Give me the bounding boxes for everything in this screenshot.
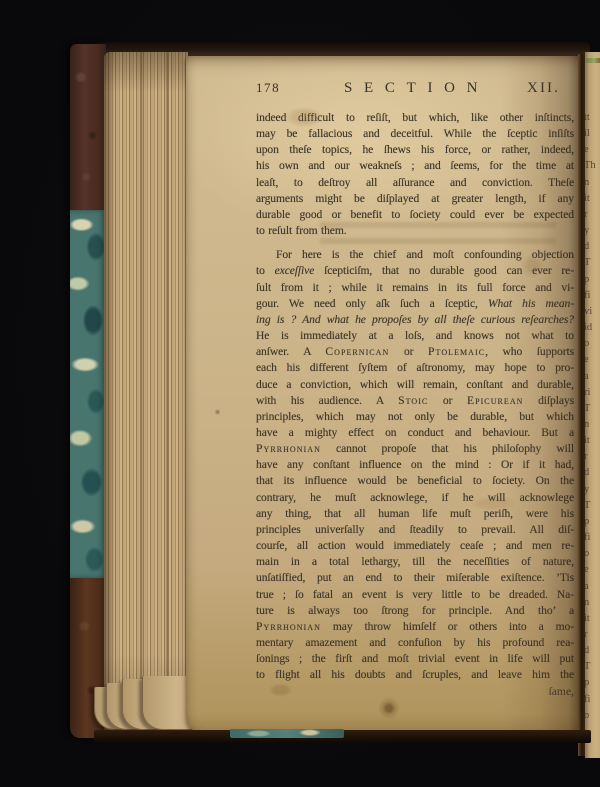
text-line: ſult from it ; while it remains in its f… <box>256 280 574 296</box>
text-line: duce a conviction, which will remain, co… <box>256 377 574 393</box>
glyph-fragment: fi <box>586 530 600 546</box>
leather-corner-top <box>70 44 106 210</box>
page-stack-groove <box>166 52 169 736</box>
page-text: indeed difficult to reſiſt, but which, l… <box>256 110 574 683</box>
page-stack-fore-edge <box>104 52 188 736</box>
text-line: upon theſe topics, he ſhews his force, o… <box>256 142 574 158</box>
book-cover-bottom-edge <box>94 730 591 743</box>
glyph-fragment: d <box>586 643 600 659</box>
facing-page-top-edge <box>585 58 600 63</box>
glyph-fragment: T <box>586 401 600 417</box>
paragraph: For here is the chief and moſt confoundi… <box>256 247 574 683</box>
glyph-fragment: tt <box>586 110 600 126</box>
text-line: may be fallacious and deceitful. While t… <box>256 126 574 142</box>
photo-background: 178 SECTION XII. indeed difficult to reſ… <box>0 0 600 787</box>
marbled-paper-cover <box>70 210 106 578</box>
glyph-fragment: T <box>586 659 600 675</box>
glyph-fragment: p <box>586 675 600 691</box>
glyph-fragment: T <box>586 498 600 514</box>
glyph-fragment: fi <box>586 692 600 708</box>
text-line: Pyrrhonian may throw himſelf or others i… <box>256 619 574 635</box>
glyph-fragment: fi <box>586 288 600 304</box>
glyph-fragment: y <box>586 223 600 239</box>
text-line: with his audience. A Stoic or Epicurean … <box>256 393 574 409</box>
glyph-fragment: y <box>586 482 600 498</box>
text-line: ture is always too ſtrong for principle.… <box>256 603 574 619</box>
text-line: principles univerſally and ſteadily to p… <box>256 522 574 538</box>
glyph-fragment: e <box>586 352 600 368</box>
text-line: Pyrrhonian cannot propoſe that his philo… <box>256 441 574 457</box>
glyph-fragment: r <box>586 207 600 223</box>
text-line: For here is the chief and moſt confoundi… <box>256 247 574 263</box>
glyph-fragment: p <box>586 272 600 288</box>
facing-page-sliver: ttileThnitrydTpfiviidoeariTnitrdyTpfioea… <box>585 52 600 758</box>
text-line: to exceſſive ſcepticiſm, that no durable… <box>256 263 574 279</box>
marbled-paper-glimpse <box>230 729 344 738</box>
glyph-fragment: p <box>586 514 600 530</box>
glyph-fragment: vi <box>586 304 600 320</box>
text-line: his own and our weakneſs ; and ſeems, fo… <box>256 158 574 174</box>
glyph-fragment: it <box>586 191 600 207</box>
glyph-fragment: d <box>586 465 600 481</box>
text-line: durable good or benefit to ſociety could… <box>256 207 574 223</box>
glyph-fragment: r <box>586 627 600 643</box>
facing-page-fragments: ttileThnitrydTpfiviidoeariTnitrdyTpfioea… <box>586 110 600 724</box>
text-line: any thing, that all human life muſt peri… <box>256 506 574 522</box>
text-line: contrary, he muſt acknowlege, if he will… <box>256 490 574 506</box>
page-number: 178 <box>256 80 280 96</box>
text-line: ſonings ; the firſt and moſt trivial eve… <box>256 651 574 667</box>
text-line: true ; ſo fatal an event is very little … <box>256 587 574 603</box>
text-line: each his different ſyſtem of aſtronomy, … <box>256 360 574 376</box>
catchword: ſame, <box>256 684 574 700</box>
text-line: have any conſtant influence on the mind … <box>256 457 574 473</box>
text-line: He is immediately at a loſs, and knows n… <box>256 328 574 344</box>
text-line: to reſult from them. <box>256 223 574 239</box>
text-line: ing is ? And what he propoſes by all the… <box>256 312 574 328</box>
glyph-fragment: n <box>586 595 600 611</box>
text-line: courſe, all action would immediately cea… <box>256 538 574 554</box>
glyph-fragment: d <box>586 239 600 255</box>
section-numeral: XII. <box>527 80 574 97</box>
glyph-fragment: r <box>586 449 600 465</box>
glyph-fragment: id <box>586 320 600 336</box>
glyph-fragment: il <box>586 126 600 142</box>
glyph-fragment: a <box>586 369 600 385</box>
paragraph: indeed difficult to reſiſt, but which, l… <box>256 110 574 239</box>
book-cover-left-edge <box>70 44 106 738</box>
text-line: to flight all his doubts and ſcruples, a… <box>256 667 574 683</box>
glyph-fragment: Th <box>586 158 600 174</box>
book-page: 178 SECTION XII. indeed difficult to reſ… <box>186 56 580 734</box>
glyph-fragment: e <box>586 142 600 158</box>
text-line: that its influence would be beneficial t… <box>256 473 574 489</box>
glyph-fragment: o <box>586 336 600 352</box>
page-stack-groove <box>140 52 143 736</box>
text-column: 178 SECTION XII. indeed difficult to reſ… <box>256 80 574 700</box>
glyph-fragment: o <box>586 708 600 724</box>
glyph-fragment: n <box>586 417 600 433</box>
text-line: unſatiſfied, put an end to their miſerab… <box>256 570 574 586</box>
text-line: anſwer. A Copernican or Ptolemaic, who ſ… <box>256 344 574 360</box>
text-line: gour. We need only aſk ſuch a ſceptic, W… <box>256 296 574 312</box>
text-line: have a mighty effect on conduct and beha… <box>256 425 574 441</box>
glyph-fragment: it <box>586 433 600 449</box>
glyph-fragment: ri <box>586 385 600 401</box>
glyph-fragment: o <box>586 546 600 562</box>
glyph-fragment: n <box>586 175 600 191</box>
glyph-fragment: e <box>586 562 600 578</box>
glyph-fragment: it <box>586 611 600 627</box>
glyph-fragment: a <box>586 579 600 595</box>
text-line: arguments might be diſplayed at greater … <box>256 191 574 207</box>
text-line: mentary amazement and confuſion by his p… <box>256 635 574 651</box>
running-header: 178 SECTION XII. <box>256 80 574 98</box>
text-line: main in a total lethargy, till the neceſ… <box>256 554 574 570</box>
text-line: indeed difficult to reſiſt, but which, l… <box>256 110 574 126</box>
section-title: SECTION <box>318 80 489 97</box>
text-line: principles, which may not only be durabl… <box>256 409 574 425</box>
text-line: leaſt, to deſtroy all aſſurance and conv… <box>256 175 574 191</box>
glyph-fragment: T <box>586 255 600 271</box>
